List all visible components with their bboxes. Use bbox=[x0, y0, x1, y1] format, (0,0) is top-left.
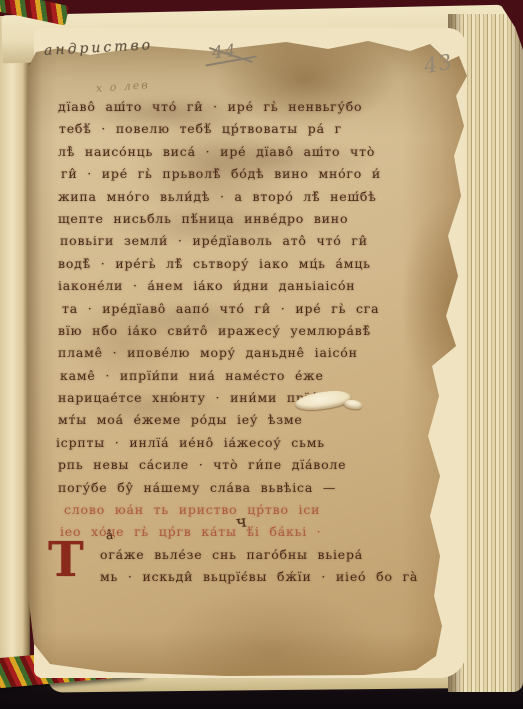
text-line: жипа мно́го вьли́дѣ · а второ́ лѣ̂ неш́б… bbox=[58, 186, 460, 208]
text-line: погу́бе бу̂ на́шему сла́ва вьвѣіса — bbox=[58, 477, 460, 499]
text-line: та · ире́дїаво̂ аапо́ что́ ги̂ · ире́ гь… bbox=[62, 298, 464, 320]
text-line: повьіги земли́ · ире́дїаволь ато̂ что́ г… bbox=[60, 230, 462, 252]
text-line: ги̂ · ире́ гь̀ прьволѣ̂ бо́дѣ вино мно́г… bbox=[61, 163, 463, 185]
text-line: щепте нисьбль пѣ́ница инве́дро вино bbox=[58, 208, 460, 230]
manuscript-photo: андриство 44 43 х о лев дїаво̂ аш́то что… bbox=[0, 0, 523, 709]
rubric-line: іео хо́це гь̀ цр́гв ка́ты ѣ́і ба́кьі · bbox=[60, 521, 462, 543]
text-block: дїаво̂ аш́то что́ ги̂ · ире́ гь̀ ненвьгу… bbox=[58, 96, 460, 589]
correction-mark: ч bbox=[235, 511, 248, 531]
folio-number: 43 bbox=[422, 50, 454, 79]
text-line: водѣ̂ · ире́гь̀ лѣ̂ сьтвору́ іако мц́ь а… bbox=[58, 253, 460, 275]
text-line: тебѣ́ · повелю тебѣ́ цр́твоваты ра́ г bbox=[59, 118, 461, 140]
facing-page-edge bbox=[0, 16, 30, 670]
rubric-line: слово юа́н ть ириство цр́тво іси bbox=[64, 499, 466, 521]
text-line: вїю нб́о іа́ко сви́то̂ иражесу́ уемлюра́… bbox=[58, 320, 460, 342]
drop-initial: Т bbox=[48, 536, 84, 584]
correction-mark: а̂ bbox=[106, 528, 114, 542]
text-line: лѣ̀ наисо́нць виса́ · ире́ дїаво̂ аш́то … bbox=[58, 141, 460, 163]
text-line: мь · искьди̂ вьцрїє́вы бж́їи · иіео́ бо … bbox=[58, 566, 460, 588]
text-line: каме̂ · ипрїи́пи ниа́ наме́сто е́же bbox=[60, 365, 462, 387]
text-line: рпь невы са́силе · что̀ ги́пе дїа́воле bbox=[58, 454, 460, 476]
text-line: дїаво̂ аш́то что́ ги̂ · ире́ гь̀ ненвьгу… bbox=[58, 96, 460, 118]
text-line: іаконе́ли · а́нем іа́ко и́дни даньіаісо́… bbox=[58, 275, 460, 297]
text-line: пламе̂ · ипове́лю мору́ даньдне̂ іаісо́н bbox=[58, 342, 460, 364]
text-line: нарицае́тсе хню́нту · ини́ми прїи́ты bbox=[58, 387, 460, 409]
text-line: ога́же вьле́зе снь паго́бны вьіера́ bbox=[58, 544, 460, 566]
text-line: мт́ы моа́ е́жеме ро́ды іеу́ ѣзме bbox=[58, 409, 460, 431]
text-line: ісрпты · инлїа́ ие́но̂ іа́жесоу́ сьмь bbox=[56, 432, 458, 454]
